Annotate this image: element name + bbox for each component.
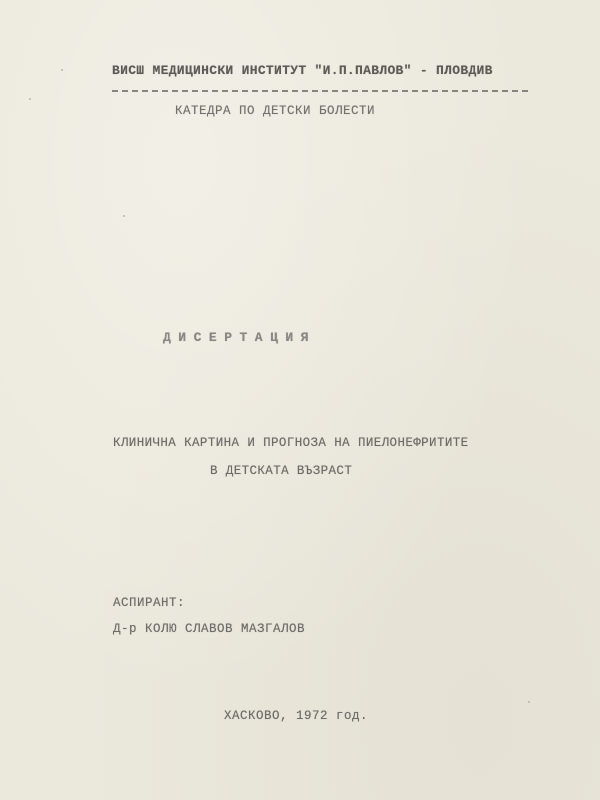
paper-speck — [29, 98, 31, 100]
aspirant-label: АСПИРАНТ: — [113, 596, 185, 610]
dissertation-title-line-2: В ДЕТСКАТА ВЪЗРАСТ — [210, 464, 352, 478]
document-type-heading: ДИСЕРТАЦИЯ — [163, 330, 316, 345]
institute-header: ВИСШ МЕДИЦИНСКИ ИНСТИТУТ "И.П.ПАВЛОВ" - … — [112, 63, 493, 78]
department-name: КАТЕДРА ПО ДЕТСКИ БОЛЕСТИ — [175, 104, 375, 118]
scanned-document-page: ВИСШ МЕДИЦИНСКИ ИНСТИТУТ "И.П.ПАВЛОВ" - … — [0, 0, 600, 800]
paper-speck — [123, 215, 125, 217]
paper-speck — [528, 701, 530, 703]
paper-speck — [61, 69, 63, 71]
author-name: Д-р КОЛЮ СЛАВОВ МАЗГАЛОВ — [113, 622, 305, 636]
place-and-year: ХАСКОВО, 1972 год. — [224, 709, 368, 723]
header-divider — [112, 90, 528, 92]
dissertation-title-line-1: КЛИНИЧНА КАРТИНА И ПРОГНОЗА НА ПИЕЛОНЕФР… — [113, 436, 469, 450]
